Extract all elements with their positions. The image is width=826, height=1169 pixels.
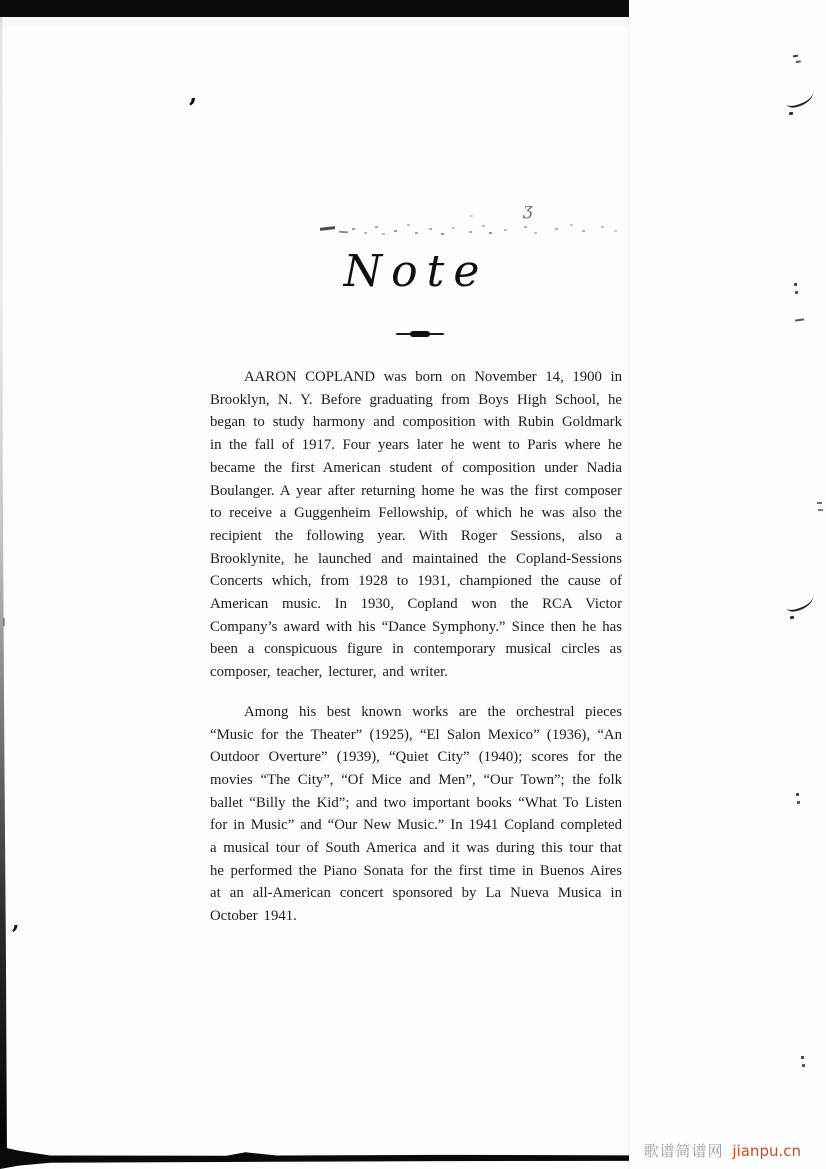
watermark-site-name: 歌谱简谱网 <box>644 1142 724 1160</box>
watermark-site-url: jianpu.cn <box>732 1142 801 1160</box>
scan-top-edge-bar <box>0 0 629 17</box>
margin-pen-dot <box>789 112 793 115</box>
margin-dash-mark <box>795 318 804 321</box>
smudge-dash <box>320 226 335 230</box>
divider-knot <box>410 331 430 337</box>
margin-dot-marks <box>794 283 797 286</box>
scanned-note-page: ’ ’ ʒ Note AARON COPLAND was born on Nov… <box>0 0 826 1169</box>
watermark: 歌谱简谱网 jianpu.cn <box>644 1140 801 1161</box>
edge-tick-marks <box>817 502 822 504</box>
smudge-streak: ʒ <box>318 206 618 242</box>
page-title: Note <box>210 246 622 297</box>
margin-pen-flick <box>785 595 816 614</box>
paragraph-biography: AARON COPLAND was born on November 14, 1… <box>210 366 622 684</box>
note-body: AARON COPLAND was born on November 14, 1… <box>210 366 622 945</box>
left-margin-ink-mark: ’ <box>11 920 19 949</box>
smudge-curl-mark: ʒ <box>523 200 533 220</box>
title-divider <box>396 330 444 339</box>
smudge-dash <box>339 231 348 234</box>
smudge-speckles <box>318 206 321 208</box>
margin-pen-dot <box>790 616 794 619</box>
stray-ink-mark: ’ <box>188 94 197 124</box>
paragraph-works: Among his best known works are the orche… <box>210 701 622 928</box>
margin-dot-marks <box>796 793 799 796</box>
margin-pen-flick <box>785 91 816 110</box>
margin-tick-marks <box>793 55 798 58</box>
margin-dot-marks <box>801 1056 804 1059</box>
